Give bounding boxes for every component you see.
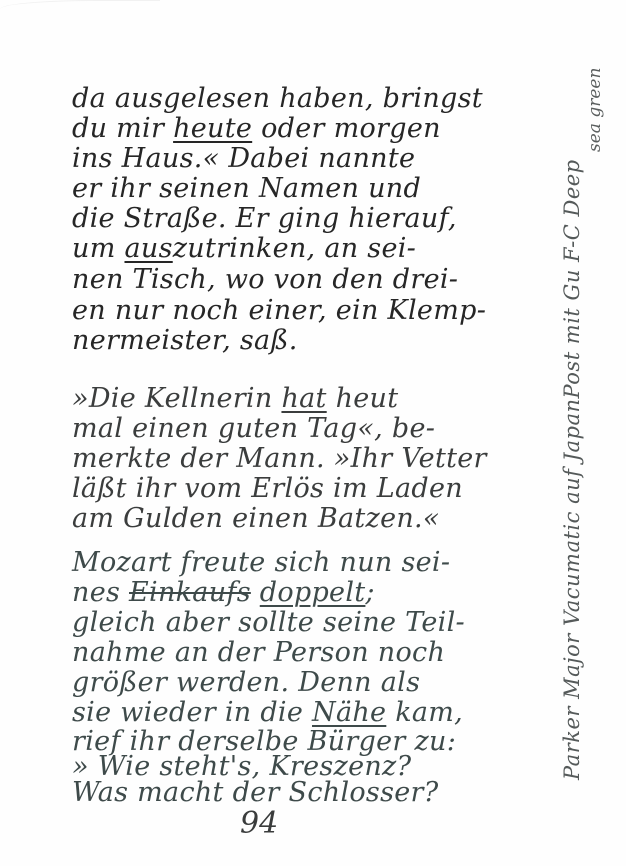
text: nes <box>72 577 129 608</box>
page-number: 94 <box>240 806 278 841</box>
handwritten-line: um auszutrinken, an sei- <box>72 234 416 264</box>
underlined-word: aus <box>124 233 172 264</box>
handwritten-line: am Gulden einen Batzen.« <box>72 504 440 534</box>
margin-note-ink-color: sea green <box>585 68 605 152</box>
handwritten-line: da ausgelesen haben, bringst <box>72 84 483 114</box>
handwritten-line: merkte der Mann. »Ihr Vetter <box>72 444 487 474</box>
handwritten-line: die Straße. Er ging hierauf, <box>72 204 457 234</box>
text: zutrinken, an sei- <box>173 233 416 264</box>
handwritten-line: mal einen guten Tag«, be- <box>72 414 435 444</box>
text: kam, <box>386 697 463 728</box>
text: »Die Kellnerin <box>72 383 281 414</box>
handwritten-line: Mozart freute sich nun sei- <box>72 548 450 578</box>
handwritten-line: gleich aber sollte seine Teil- <box>72 608 465 638</box>
text: heut <box>327 383 399 414</box>
underlined-word: doppelt <box>260 577 366 608</box>
handwritten-line: du mir heute oder morgen <box>72 114 441 144</box>
struck-word: Einkaufs <box>129 577 251 608</box>
handwritten-line: er ihr seinen Namen und <box>72 174 421 204</box>
handwritten-line: »Die Kellnerin hat heut <box>72 384 398 414</box>
handwritten-line: en nur noch einer, ein Klemp- <box>72 296 486 326</box>
notebook-page: da ausgelesen haben, bringst du mir heut… <box>0 0 626 866</box>
text: sie wieder in die <box>72 697 312 728</box>
text <box>251 577 260 608</box>
handwritten-line: größer werden. Denn als <box>72 668 420 698</box>
handwritten-line: läßt ihr vom Erlös im Laden <box>72 474 463 504</box>
handwritten-line: nermeister, saß. <box>72 326 298 356</box>
text: oder morgen <box>252 113 441 144</box>
handwritten-line: nes Einkaufs doppelt; <box>72 578 375 608</box>
margin-note-pen-ink: Parker Major Vacumatic auf JapanPost mit… <box>560 159 584 780</box>
handwritten-line: nahme an der Person noch <box>72 638 445 668</box>
underlined-word: hat <box>281 383 326 414</box>
scan-edge-shadow <box>0 0 160 15</box>
text: um <box>72 233 124 264</box>
handwritten-line: sie wieder in die Nähe kam, <box>72 698 463 728</box>
handwritten-line: nen Tisch, wo von den drei- <box>72 265 458 295</box>
handwritten-line: ins Haus.« Dabei nannte <box>72 144 415 174</box>
text: du mir <box>72 113 173 144</box>
text: ; <box>365 577 374 608</box>
handwritten-line: Was macht der Schlosser? <box>72 778 439 808</box>
underlined-word: Nähe <box>312 697 386 728</box>
underlined-word: heute <box>173 113 252 144</box>
